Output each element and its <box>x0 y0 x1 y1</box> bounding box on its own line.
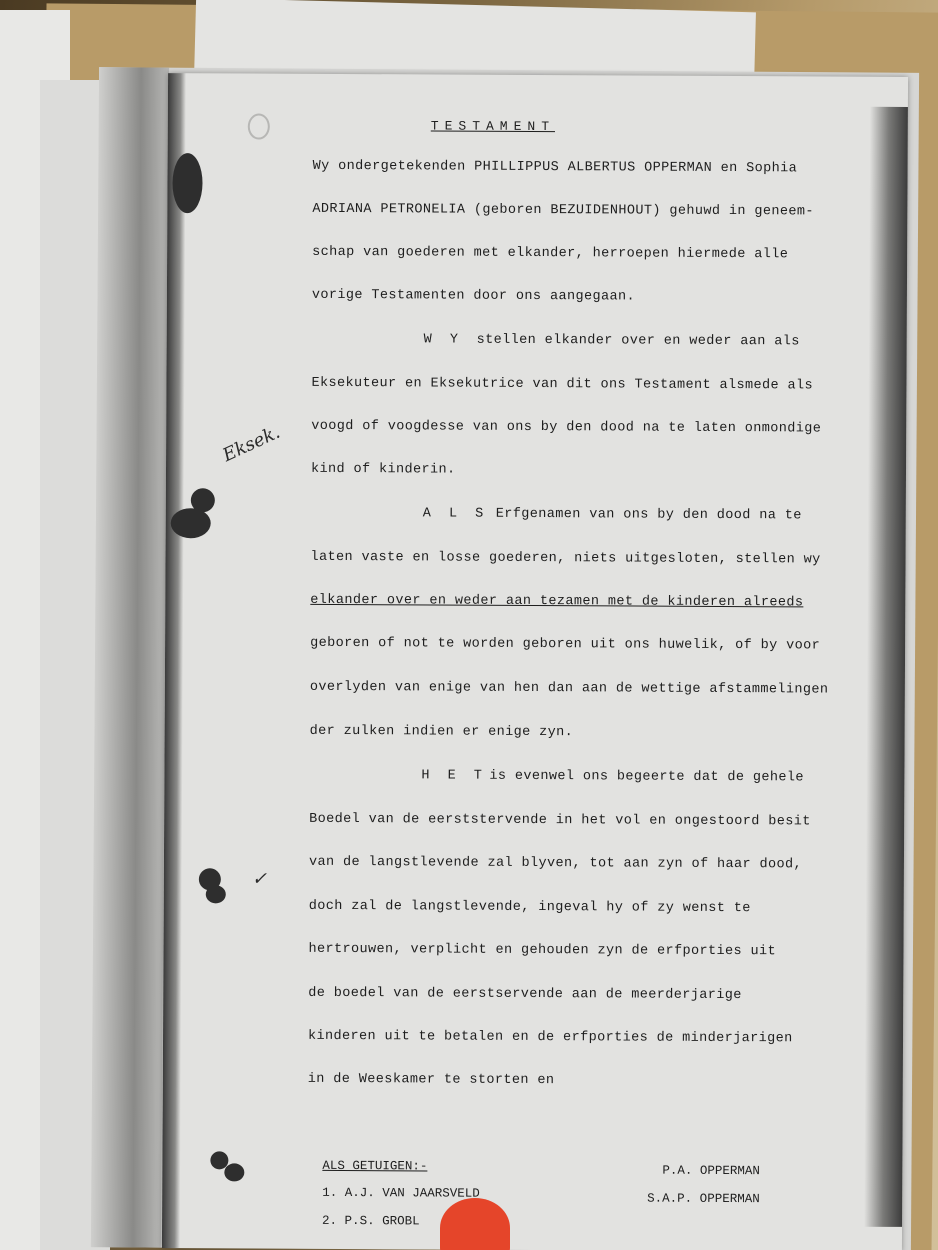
witness-1: 1. A.J. VAN JAARSVELD <box>322 1186 480 1201</box>
text-line: der zulken indien er enige zyn. <box>310 724 574 740</box>
document-body: TESTAMENT Wy ondergetekenden PHILLIPPUS … <box>313 114 873 117</box>
signatory-1: P.A. OPPERMAN <box>662 1164 760 1179</box>
witnesses-heading: ALS GETUIGEN:- <box>322 1159 427 1174</box>
testament-page: Eksek. ✓ TESTAMENT Wy ondergetekenden PH… <box>162 73 908 1250</box>
paragraph-lead: H E T <box>421 768 487 783</box>
text-line: van de langstlevende zal blyven, tot aan… <box>309 855 802 873</box>
paragraph-lead: W Y <box>424 332 463 347</box>
paragraph-lead: A L S <box>423 506 489 521</box>
red-finger-cot <box>440 1198 510 1250</box>
text-line: Wy ondergetekenden PHILLIPPUS ALBERTUS O… <box>313 159 798 177</box>
text-line: kinderen uit te betalen en de erfporties… <box>308 1029 793 1047</box>
text-line: ADRIANA PETRONELIA (geboren BEZUIDENHOUT… <box>312 202 814 220</box>
witness-2: 2. P.S. GROBL <box>322 1214 420 1229</box>
checkmark-icon: ✓ <box>252 869 267 890</box>
text-line: Boedel van de eerststervende in het vol … <box>309 812 811 830</box>
text-line: voogd of voogdesse van ons by den dood n… <box>311 419 821 437</box>
text-line: doch zal de langstlevende, ingeval hy of… <box>309 899 751 916</box>
text-line: Eksekuteur en Eksekutrice van dit ons Te… <box>311 376 813 394</box>
ink-blot <box>171 508 211 538</box>
text-line: overlyden van enige van hen dan aan de w… <box>310 680 829 698</box>
photocopy-edge-shadow <box>864 107 908 1227</box>
ink-blot <box>206 885 226 903</box>
text-line: in de Weeskamer te storten en <box>308 1072 555 1088</box>
text-line: laten vaste en losse goederen, niets uit… <box>311 550 821 568</box>
document-title: TESTAMENT <box>431 118 555 134</box>
text-line: kind of kinderin. <box>311 462 456 478</box>
signatory-2: S.A.P. OPPERMAN <box>647 1192 760 1207</box>
margin-note-eksek: Eksek. <box>220 422 284 466</box>
text-line: stellen elkander over en weder aan als <box>477 333 800 350</box>
text-line-underlined: elkander over en weder aan tezamen met d… <box>310 593 803 611</box>
text-line: is evenwel ons begeerte dat de gehele <box>489 769 804 786</box>
text-line: schap van goederen met elkander, herroep… <box>312 245 788 262</box>
ink-blot <box>172 153 202 213</box>
punch-hole <box>248 113 270 139</box>
text-line: vorige Testamenten door ons aangegaan. <box>312 288 635 305</box>
text-line: hertrouwen, verplicht en gehouden zyn de… <box>308 942 776 959</box>
ink-blot <box>224 1163 244 1181</box>
text-line: Erfgenamen van ons by den dood na te <box>496 507 802 524</box>
text-line: geboren of not te worden geboren uit ons… <box>310 636 820 654</box>
text-line: de boedel van de eerstservende aan de me… <box>308 986 742 1003</box>
